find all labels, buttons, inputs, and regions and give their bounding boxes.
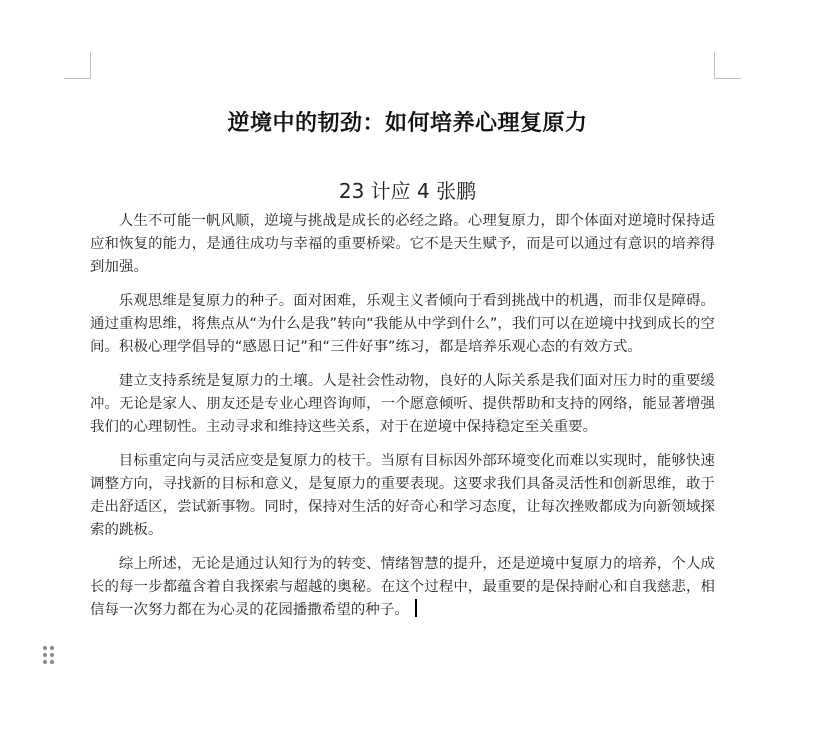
paragraph-last[interactable]: 综上所述，无论是通过认知行为的转变、情绪智慧的提升，还是逆境中复原力的培养，个人… [90,553,715,622]
document-title: 逆境中的韧劲：如何培养心理复原力 [0,106,815,137]
drag-dot [43,646,47,650]
paragraph[interactable]: 乐观思维是复原力的种子。面对困难，乐观主义者倾向于看到挑战中的机遇，而非仅是障碍… [90,290,715,359]
paragraph[interactable]: 目标重定向与灵活应变是复原力的枝干。当原有目标因外部环境变化而难以实现时，能够快… [90,450,715,542]
paragraph-text: 综上所述，无论是通过认知行为的转变、情绪智慧的提升，还是逆境中复原力的培养，个人… [90,556,715,618]
text-caret [415,599,417,617]
paragraph[interactable]: 建立支持系统是复原力的土壤。人是社会性动物，良好的人际关系是我们面对压力时的重要… [90,370,715,439]
document-author: 23 计应 4 张鹏 [0,175,815,204]
page-corner-mark-top-right [714,52,741,79]
drag-dot [50,660,54,664]
paragraph[interactable]: 人生不可能一帆风顺，逆境与挑战是成长的必经之路。心理复原力，即个体面对逆境时保持… [90,210,715,279]
drag-dot [43,660,47,664]
drag-dot [50,646,54,650]
drag-handle-icon[interactable] [43,646,55,664]
document-body[interactable]: 人生不可能一帆风顺，逆境与挑战是成长的必经之路。心理复原力，即个体面对逆境时保持… [90,210,715,633]
drag-dot [50,653,54,657]
drag-dot [43,653,47,657]
page-corner-mark-top-left [64,52,91,79]
